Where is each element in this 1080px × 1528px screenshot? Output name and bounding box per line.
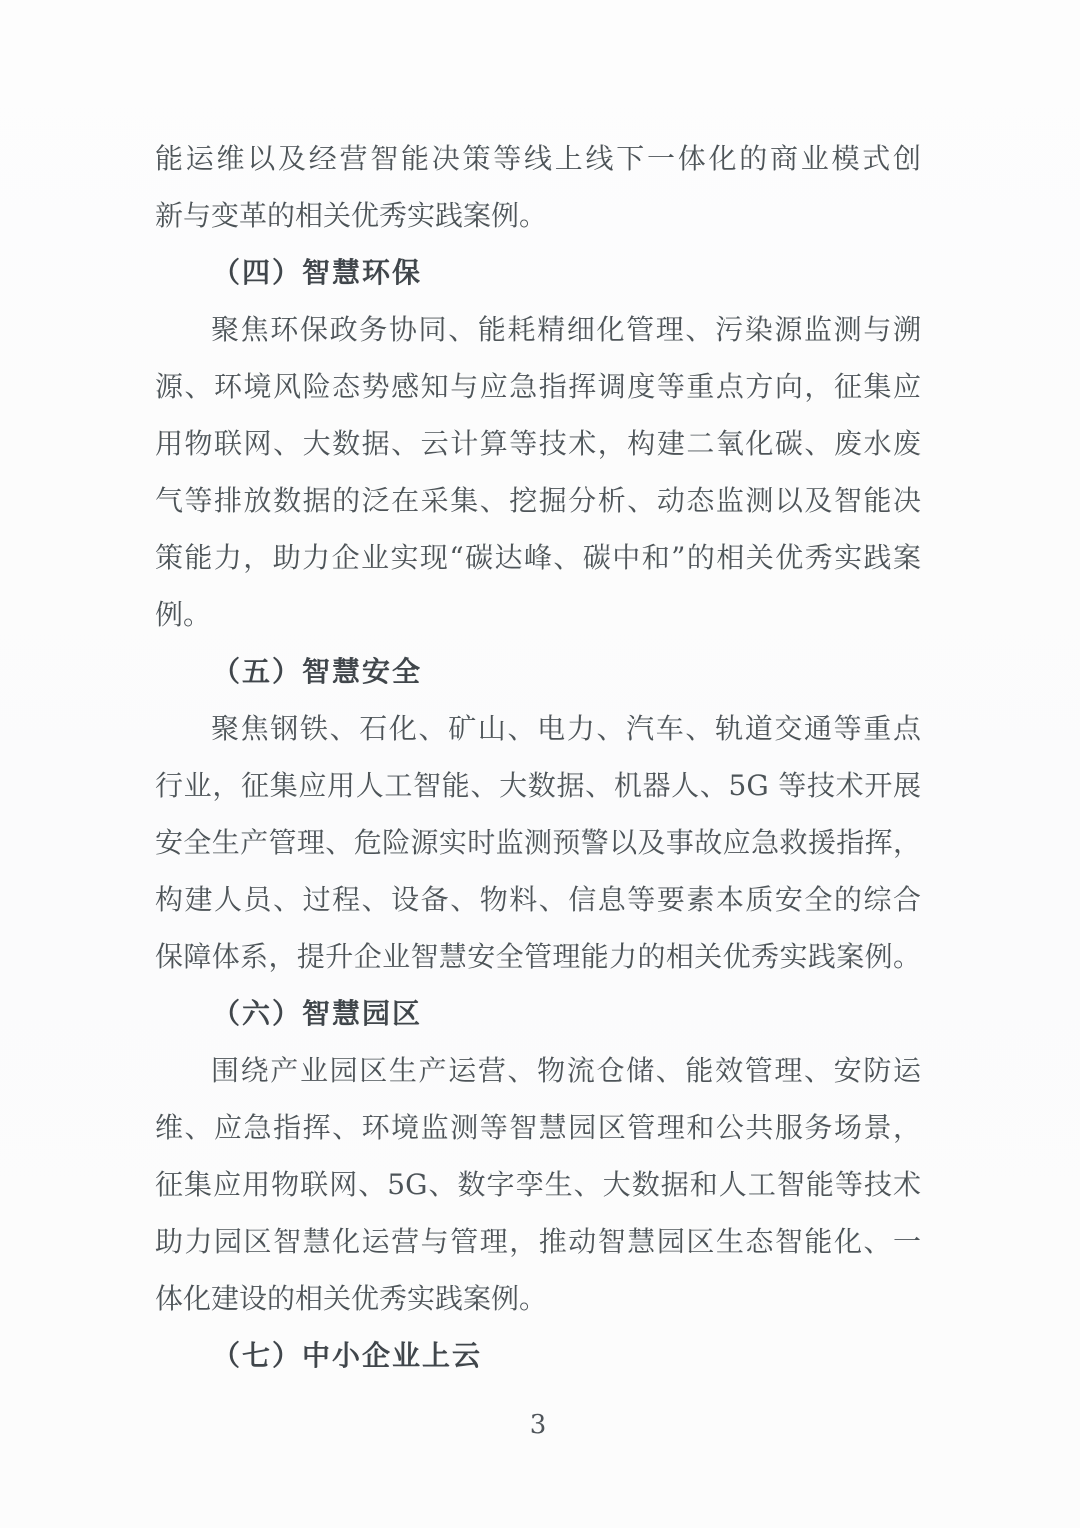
- section-heading: （五）智慧安全: [155, 643, 921, 700]
- body-line: 体化建设的相关优秀实践案例。: [155, 1270, 921, 1327]
- body-line: 源、环境风险态势感知与应急指挥调度等重点方向，征集应: [155, 358, 921, 415]
- body-line: 用物联网、大数据、云计算等技术，构建二氧化碳、废水废: [155, 415, 921, 472]
- body-line: 行业，征集应用人工智能、大数据、机器人、5G 等技术开展: [155, 757, 921, 814]
- body-line: 构建人员、过程、设备、物料、信息等要素本质安全的综合: [155, 871, 921, 928]
- body-line: 策能力，助力企业实现“碳达峰、碳中和”的相关优秀实践案: [155, 529, 921, 586]
- body-line: 聚焦环保政务协同、能耗精细化管理、污染源监测与溯: [155, 301, 921, 358]
- body-line: 新与变革的相关优秀实践案例。: [155, 187, 921, 244]
- body-line: 气等排放数据的泛在采集、挖掘分析、动态监测以及智能决: [155, 472, 921, 529]
- body-line: 聚焦钢铁、石化、矿山、电力、汽车、轨道交通等重点: [155, 700, 921, 757]
- body-line: 维、应急指挥、环境监测等智慧园区管理和公共服务场景，: [155, 1099, 921, 1156]
- body-line: 助力园区智慧化运营与管理，推动智慧园区生态智能化、一: [155, 1213, 921, 1270]
- body-line: 围绕产业园区生产运营、物流仓储、能效管理、安防运: [155, 1042, 921, 1099]
- document-body: 能运维以及经营智能决策等线上线下一体化的商业模式创新与变革的相关优秀实践案例。（…: [155, 130, 921, 1384]
- document-page: 能运维以及经营智能决策等线上线下一体化的商业模式创新与变革的相关优秀实践案例。（…: [0, 0, 1080, 1528]
- section-heading: （六）智慧园区: [155, 985, 921, 1042]
- page-number: 3: [155, 1408, 921, 1442]
- body-line: 例。: [155, 586, 921, 643]
- body-line: 能运维以及经营智能决策等线上线下一体化的商业模式创: [155, 130, 921, 187]
- section-heading: （七）中小企业上云: [155, 1327, 921, 1384]
- section-heading: （四）智慧环保: [155, 244, 921, 301]
- body-line: 征集应用物联网、5G、数字孪生、大数据和人工智能等技术: [155, 1156, 921, 1213]
- body-line: 保障体系，提升企业智慧安全管理能力的相关优秀实践案例。: [155, 928, 921, 985]
- body-line: 安全生产管理、危险源实时监测预警以及事故应急救援指挥，: [155, 814, 921, 871]
